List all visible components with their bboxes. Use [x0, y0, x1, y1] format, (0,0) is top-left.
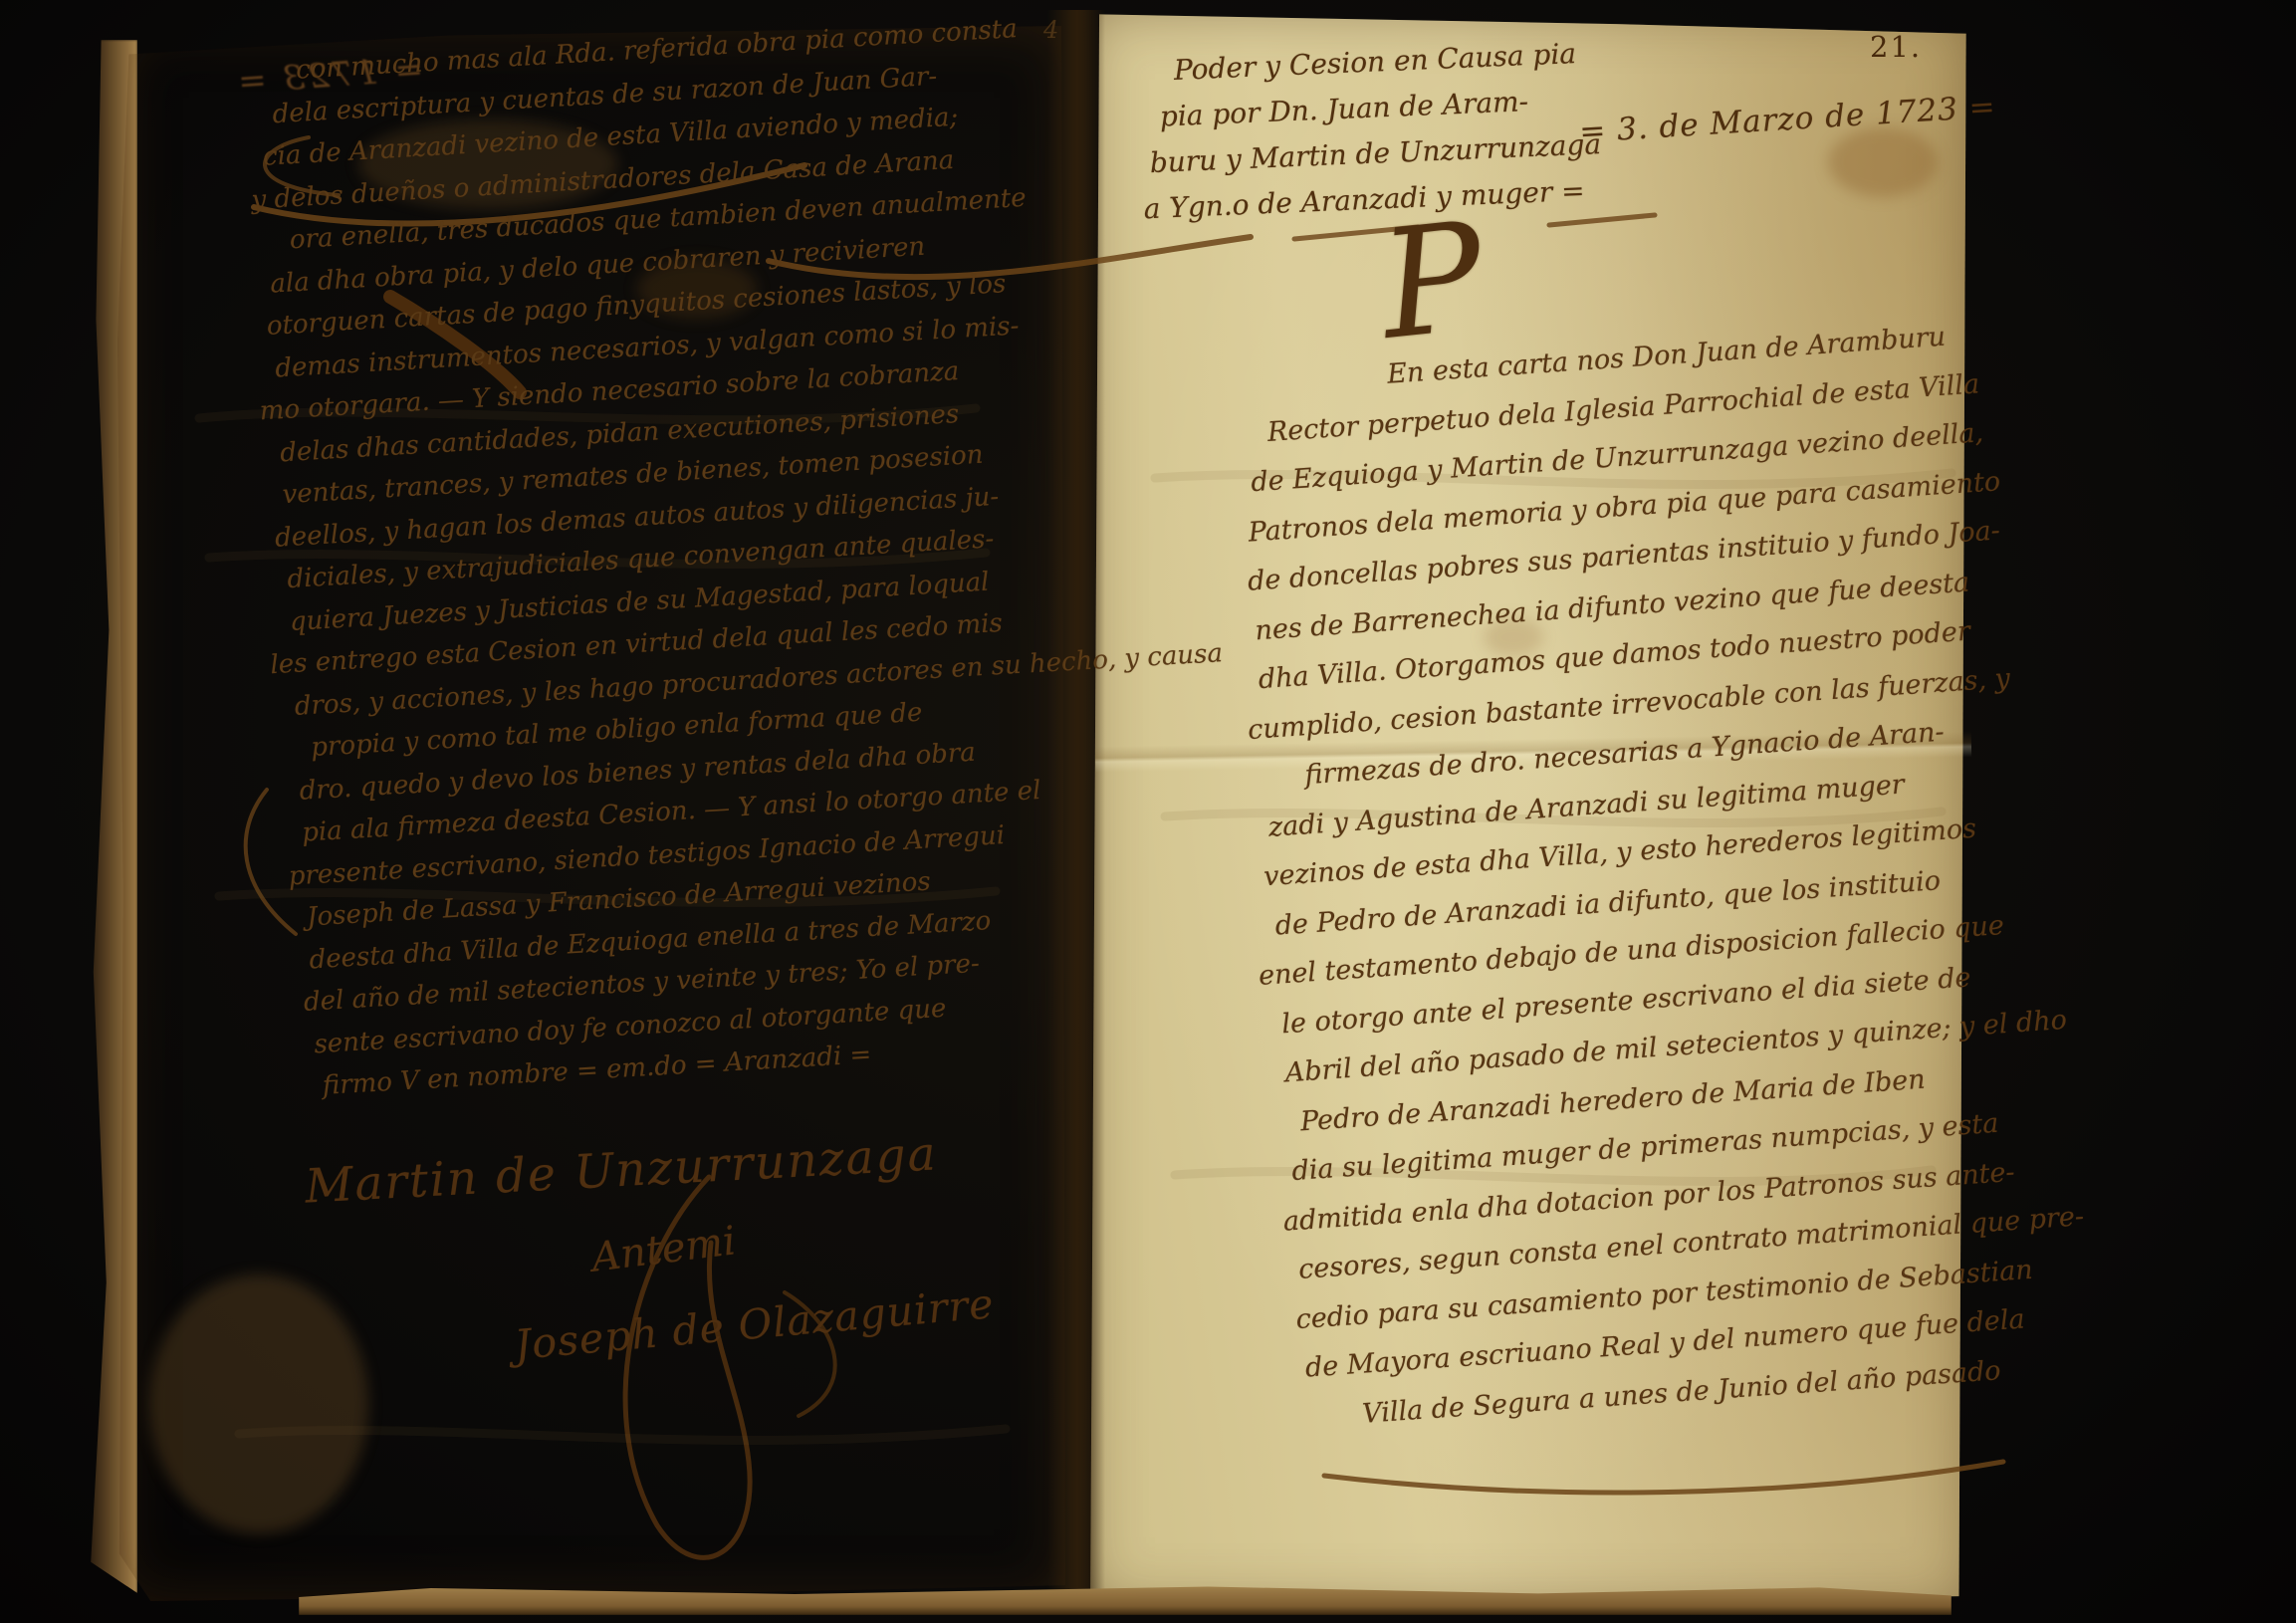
stain	[149, 1275, 368, 1533]
faint-folio-mark: 4	[1043, 16, 1058, 44]
left-page-text-block: con mucho mas ala Rda. referida obra pia…	[257, 0, 1246, 1108]
stain	[1828, 127, 1938, 197]
photographed-manuscript-spread: = 1723 = con mucho mas ala Rda. referida…	[0, 0, 2296, 1623]
folio-number: 21.	[1870, 30, 1922, 64]
right-page-text-block: En esta carta nos Don Juan de Aramburu R…	[1237, 307, 2096, 1442]
